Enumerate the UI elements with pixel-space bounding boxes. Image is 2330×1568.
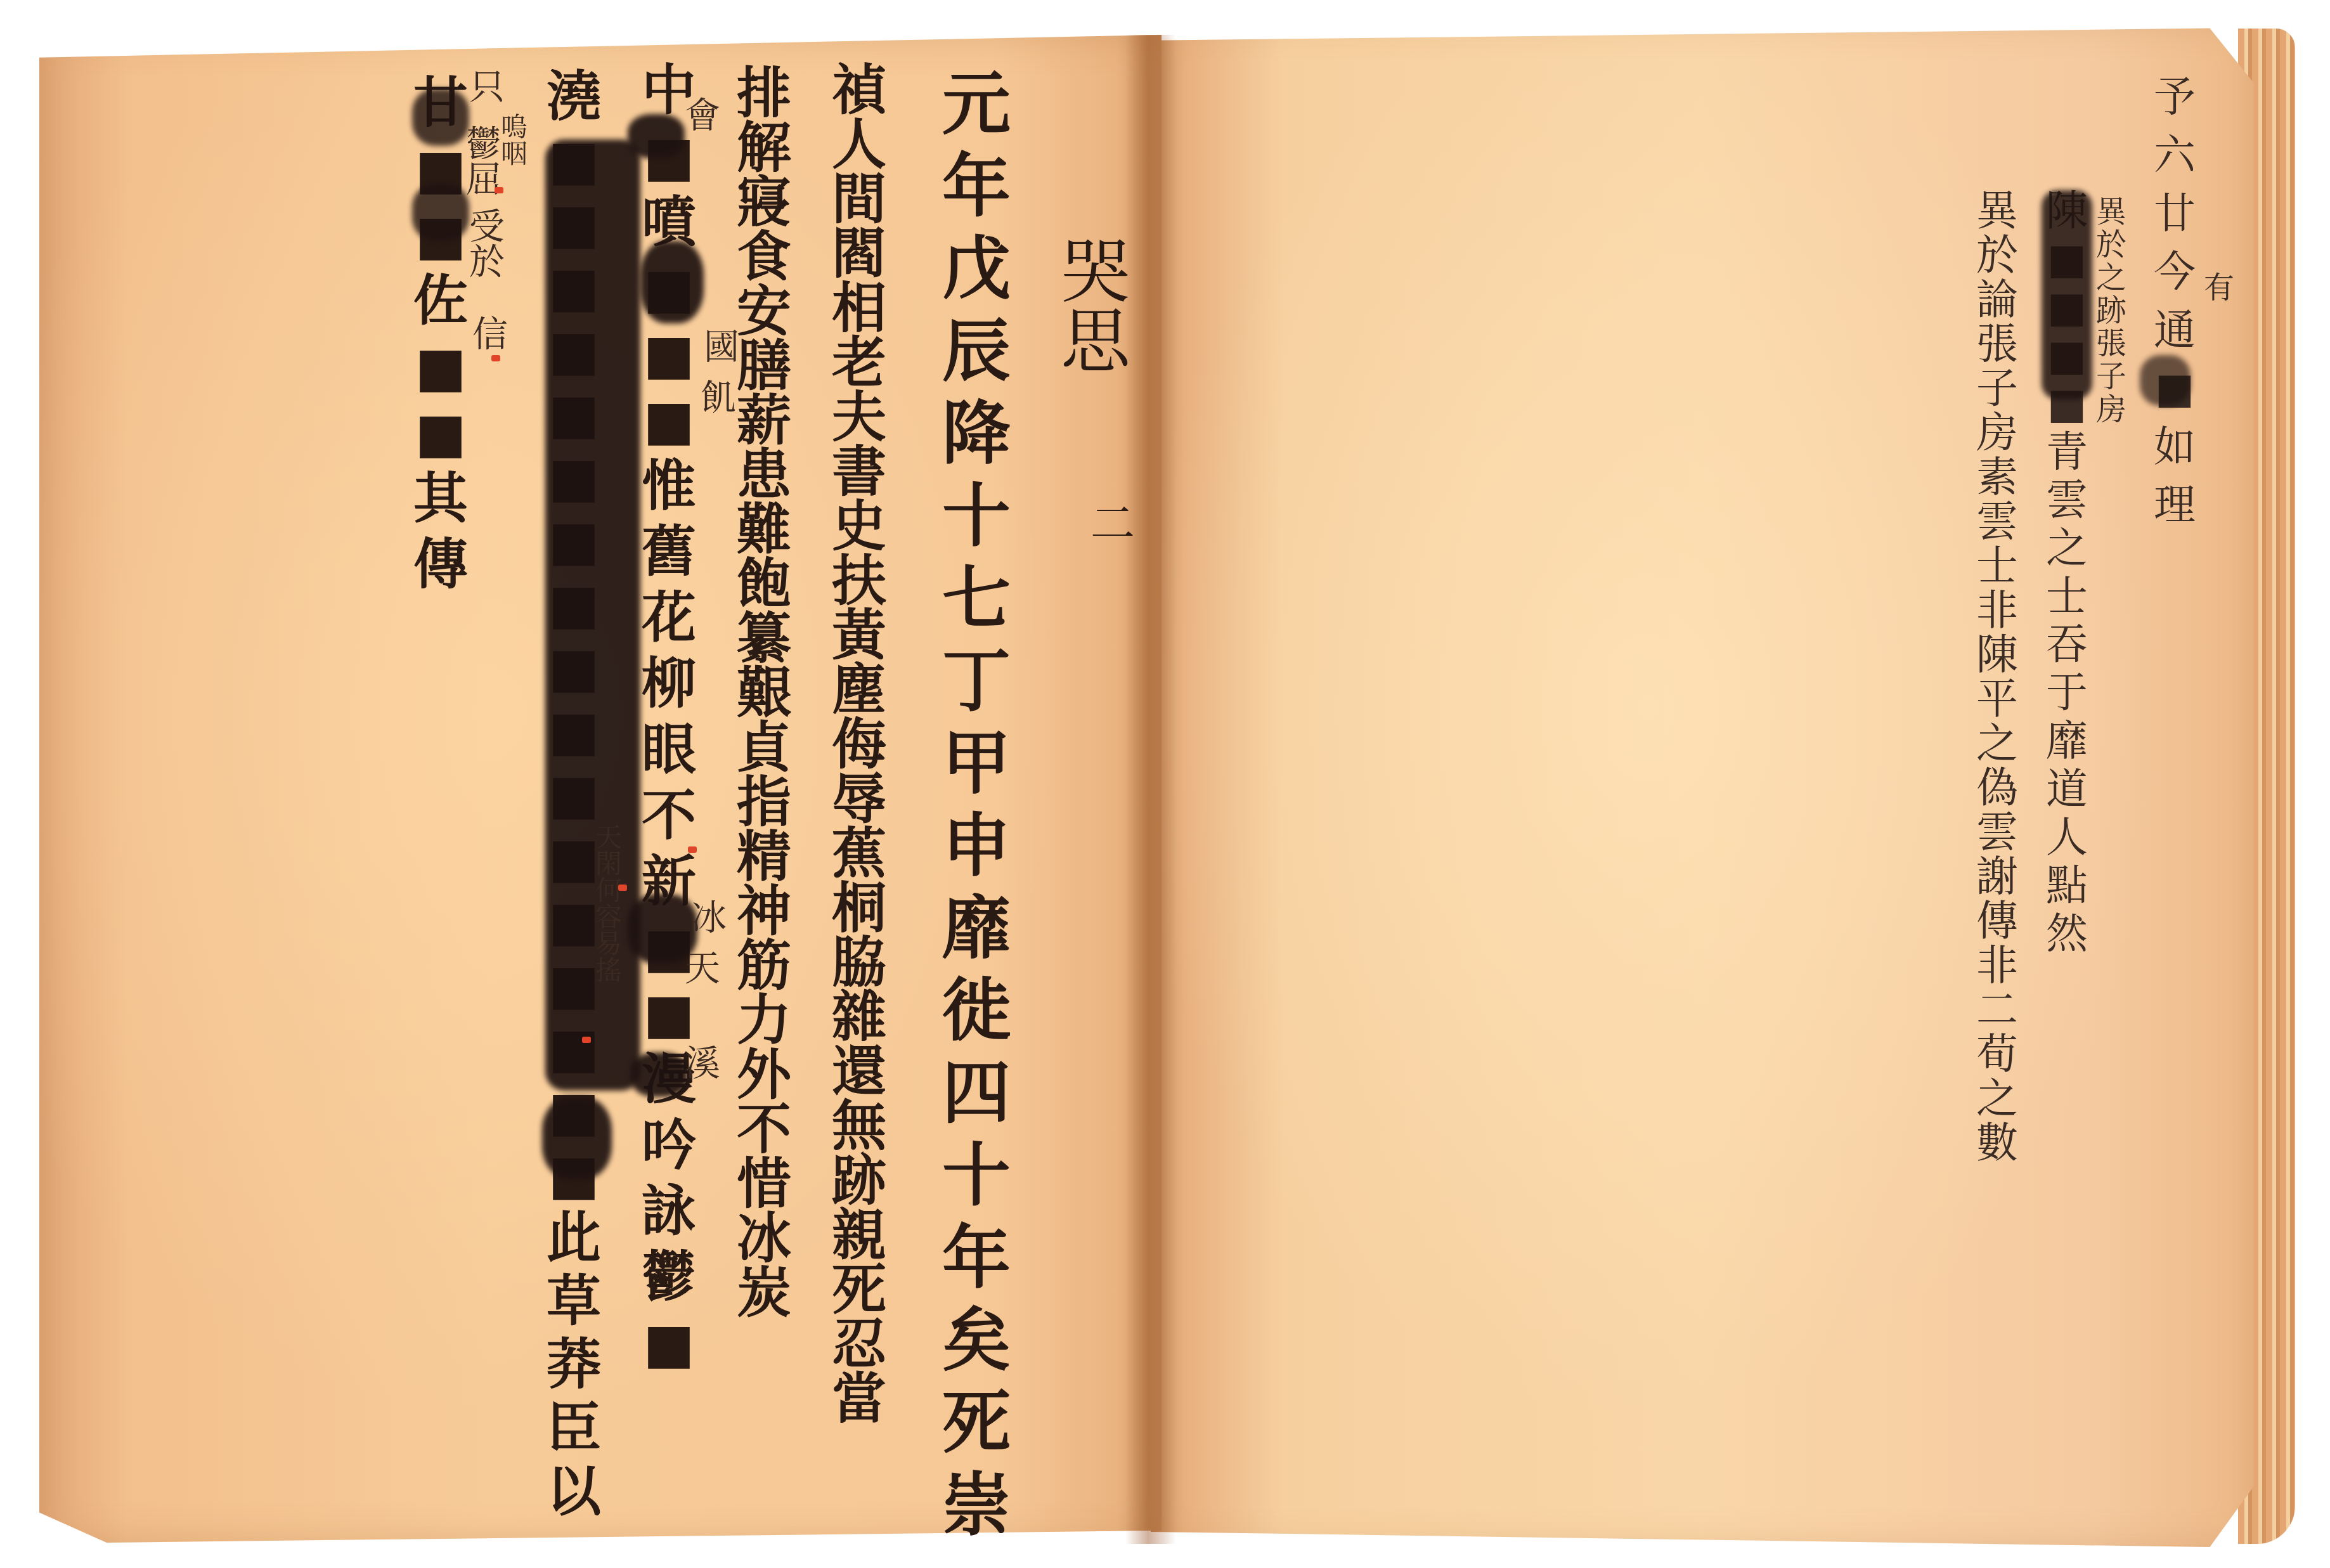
ink-strikeout — [412, 89, 469, 146]
character: 解 — [737, 121, 791, 176]
character: 子 — [2096, 361, 2126, 392]
character: 夫 — [832, 391, 886, 445]
character: 然 — [2046, 913, 2088, 955]
character: 房 — [1976, 412, 2018, 454]
character: 辰 — [942, 317, 1011, 386]
character: 張 — [1976, 323, 2018, 365]
character: 非 — [1976, 590, 2018, 632]
character: 花 — [642, 591, 696, 645]
text-column-2: 禎人間閻相老夫書史扶黃塵侮辱蕉桐脇雜還無跡親死忍當 — [824, 63, 894, 1427]
character: ■ — [643, 327, 694, 382]
character: 親 — [832, 1208, 886, 1263]
character: 舊 — [642, 525, 696, 580]
character: 眼 — [642, 723, 696, 777]
character: 冰 — [737, 1212, 791, 1266]
character: 食 — [737, 230, 791, 285]
page-number: 二 — [1091, 488, 1135, 552]
character: 嗚 — [501, 114, 527, 141]
character: 死 — [832, 1263, 886, 1318]
character: 飽 — [737, 557, 791, 612]
character: ■ — [643, 1316, 694, 1371]
character: 塵 — [832, 663, 886, 718]
character: ■ — [643, 393, 694, 448]
character: 還 — [832, 1045, 886, 1099]
character: 雲 — [1976, 501, 2018, 543]
character: 四 — [942, 1059, 1011, 1127]
character: 張 — [2096, 328, 2126, 359]
character: 靡 — [2046, 720, 2088, 762]
ink-strikeout — [640, 241, 704, 323]
character: 矣 — [942, 1306, 1011, 1375]
ink-strikeout — [2042, 190, 2092, 399]
red-seal-mark — [688, 846, 697, 853]
character: 易 — [595, 931, 622, 957]
annotation-vertical: 天閑何容易搖 — [593, 824, 625, 984]
character: 雜 — [832, 990, 886, 1045]
ink-strikeout — [412, 184, 469, 241]
character: 有 — [2204, 273, 2234, 303]
character: 道 — [2046, 768, 2088, 810]
character: 閻 — [832, 227, 886, 282]
annotation-vertical: 受於 — [469, 209, 505, 280]
character: 搖 — [595, 957, 622, 984]
character: 雲 — [2046, 479, 2088, 521]
annotation-vertical: 嗚咽 — [501, 114, 527, 167]
character: 甲 — [942, 729, 1011, 798]
right-annotation-column: 異於之跡張子房 — [2092, 197, 2130, 425]
character: 年 — [942, 152, 1011, 221]
ink-strikeout — [631, 1053, 688, 1097]
character: 惜 — [737, 1157, 791, 1212]
annotation: 飢 — [701, 380, 736, 416]
annotation: 冰 — [691, 900, 727, 936]
character: 筋 — [737, 939, 791, 994]
character: 平 — [1976, 678, 2018, 720]
character: 於 — [469, 245, 505, 280]
character: 柳 — [642, 657, 696, 711]
character: 異 — [1976, 190, 2018, 232]
character: 荀 — [1976, 1033, 2018, 1075]
annotation: 國 — [704, 330, 739, 365]
character: 老 — [832, 336, 886, 391]
character: 年 — [942, 1224, 1011, 1292]
character: 當 — [832, 1372, 886, 1427]
character: 元 — [942, 70, 1011, 138]
character: 人 — [832, 118, 886, 172]
character: 炭 — [737, 1266, 791, 1321]
right-annotation: 有 — [2200, 273, 2238, 303]
character: 膳 — [737, 339, 791, 394]
character: 予 — [2154, 76, 2196, 118]
character: 論 — [1976, 279, 2018, 321]
character: 莽 — [547, 1338, 601, 1392]
character: 安 — [737, 285, 791, 339]
character: ■ — [415, 406, 466, 460]
character: 士 — [2046, 576, 2088, 618]
character: 素 — [1976, 457, 2018, 498]
character: 謝 — [1976, 856, 2018, 898]
character: 申 — [942, 812, 1011, 880]
red-seal-mark — [495, 187, 503, 193]
text-column-6: 甘■■佐■■其傳 — [406, 76, 476, 592]
character: 陳 — [1976, 634, 2018, 676]
character: 薪 — [737, 394, 791, 448]
character: 侮 — [832, 718, 886, 772]
character: 房 — [2096, 394, 2126, 425]
character: 惟 — [642, 459, 696, 514]
character: 之 — [2046, 528, 2088, 569]
character: 閑 — [595, 851, 622, 878]
character: 間 — [832, 172, 886, 227]
character: 無 — [832, 1099, 886, 1154]
character: 書 — [832, 445, 886, 500]
character: 容 — [595, 904, 622, 931]
character: 桐 — [832, 881, 886, 936]
ink-strikeout — [628, 114, 685, 159]
character: 於 — [1976, 235, 2018, 276]
character: 神 — [737, 884, 791, 939]
character: 受 — [469, 209, 505, 245]
character: 七 — [942, 564, 1011, 633]
character: 吟 — [642, 1118, 696, 1173]
character: 人 — [2046, 817, 2088, 859]
character: 十 — [942, 1141, 1011, 1210]
character: 今 — [2154, 251, 2196, 293]
character: 異 — [2096, 197, 2126, 227]
character: 降 — [942, 399, 1011, 468]
character: 戊 — [942, 235, 1011, 303]
ink-strikeout — [2140, 355, 2191, 406]
character: 澆 — [547, 70, 601, 124]
character: 精 — [737, 830, 791, 884]
character: 不 — [737, 1103, 791, 1157]
character: 扶 — [832, 554, 886, 609]
open-book-spread: 哭思 二 元年戊辰降十七丁甲申靡徙四十年矣死崇 禎人間閻相老夫書史扶黃塵侮辱蕉桐… — [0, 0, 2330, 1568]
text-column-1: 元年戊辰降十七丁甲申靡徙四十年矣死崇 — [938, 70, 1014, 1539]
character: 臣 — [547, 1401, 601, 1456]
character: ■ — [415, 340, 466, 394]
character: 青 — [2046, 431, 2088, 473]
character: 之 — [1976, 723, 2018, 765]
red-seal-mark — [491, 355, 500, 361]
character: 於 — [2096, 230, 2126, 260]
annotation: 會 — [685, 98, 720, 134]
character: 纂 — [737, 612, 791, 666]
annotation: 溪 — [685, 1046, 720, 1082]
right-text-column-3: 異於論張子房素雲士非陳平之偽雲謝傳非二荀之數 — [1972, 190, 2023, 1164]
character: 草 — [547, 1274, 601, 1329]
character: 通 — [2154, 309, 2196, 351]
character: 黃 — [832, 609, 886, 663]
character: 難 — [737, 503, 791, 557]
character: 丁 — [942, 647, 1011, 715]
character: 排 — [737, 67, 791, 121]
character: 非 — [1976, 945, 2018, 987]
character: 何 — [595, 878, 622, 904]
annotation: 信 — [472, 317, 508, 353]
character: 辱 — [832, 772, 886, 827]
character: 史 — [832, 500, 886, 554]
character: 脇 — [832, 936, 886, 990]
character: 數 — [1976, 1122, 2018, 1164]
character: 之 — [2096, 262, 2126, 293]
character: 患 — [737, 448, 791, 503]
character: 如 — [2154, 426, 2196, 468]
character: 跡 — [832, 1154, 886, 1208]
character: 傳 — [1976, 900, 2018, 942]
annotation: 只 — [469, 70, 505, 105]
character: 傳 — [413, 538, 468, 592]
character: ■ — [643, 987, 694, 1041]
character: 徙 — [942, 976, 1011, 1045]
character: 寢 — [737, 176, 791, 230]
character: 指 — [737, 775, 791, 830]
character: 于 — [2046, 672, 2088, 714]
character: 靡 — [942, 894, 1011, 962]
character: 十 — [942, 482, 1011, 550]
character: 死 — [942, 1389, 1011, 1457]
character: 理 — [2154, 484, 2196, 526]
character: 詠 — [642, 1184, 696, 1239]
character: 崇 — [942, 1471, 1011, 1539]
red-seal-mark — [618, 884, 627, 891]
section-heading: 哭思 — [1040, 235, 1140, 374]
character: 此 — [547, 1211, 601, 1266]
character: 士 — [1976, 545, 2018, 587]
character: 佐 — [413, 274, 468, 328]
character: 忍 — [832, 1318, 886, 1372]
character: 吞 — [2046, 624, 2088, 666]
character: 以 — [547, 1465, 601, 1519]
character: 二 — [1976, 989, 2018, 1031]
right-text-column-1: 予六廿今通■如理 — [2149, 76, 2200, 526]
character: 外 — [737, 1048, 791, 1103]
character: 禎 — [832, 63, 886, 118]
character: 艱 — [737, 666, 791, 721]
character: 蕉 — [832, 827, 886, 881]
character: 貞 — [737, 721, 791, 775]
annotation: 天 — [685, 951, 720, 987]
character: 力 — [737, 994, 791, 1048]
red-seal-mark — [582, 1037, 591, 1043]
character: 鬱 — [642, 1250, 696, 1305]
character: 跡 — [2096, 295, 2126, 326]
character: 六 — [2154, 134, 2196, 176]
character: 鬱 — [466, 127, 502, 162]
character: 點 — [2046, 865, 2088, 907]
character: 天 — [595, 824, 622, 851]
character: 不 — [642, 789, 696, 843]
character: 子 — [1976, 368, 2018, 410]
character: 相 — [832, 282, 886, 336]
character: 之 — [1976, 1078, 2018, 1120]
character: 咽 — [501, 141, 527, 167]
character: 廿 — [2154, 193, 2196, 235]
ink-strikeout — [542, 1097, 612, 1179]
character: 其 — [413, 472, 468, 526]
text-column-3: 排解寢食安膳薪患難飽纂艱貞指精神筋力外不惜冰炭 — [729, 67, 799, 1321]
character: 偽 — [1976, 767, 2018, 809]
character: 雲 — [1976, 812, 2018, 853]
